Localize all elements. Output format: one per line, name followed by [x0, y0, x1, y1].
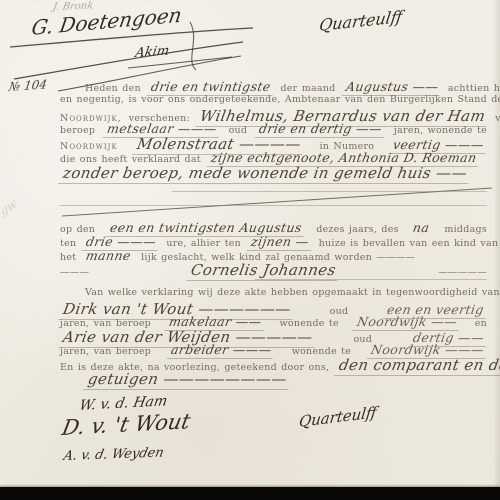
- printed-text: Heden den: [85, 83, 141, 94]
- margin-pencil-mark: gw: [0, 196, 19, 219]
- top-signature-2: Akim: [134, 43, 170, 61]
- flourish-stroke: [14, 42, 243, 79]
- signature-witness-2: A. v. d. Weyden: [62, 445, 165, 464]
- handwritten-entry: Cornelis Johannes: [187, 261, 341, 281]
- printed-text: en negentig, is voor ons ondergeteekende…: [60, 94, 500, 105]
- top-right-signature: Quarteulff: [318, 7, 404, 35]
- handwritten-entry: den comparant en de: [335, 356, 500, 376]
- blank-rule: [60, 205, 487, 206]
- scan-background-band: [0, 487, 500, 500]
- printed-text: —————: [438, 267, 487, 278]
- act-line: getuigen ————————: [85, 370, 290, 390]
- act-line: Van welke verklaring wij deze akte hebbe…: [85, 287, 500, 298]
- act-line: en negentig, is voor ons ondergeteekende…: [60, 94, 500, 105]
- act-line: zonder beroep, mede wonende in gemeld hu…: [60, 164, 470, 184]
- paraph-loop: [190, 22, 196, 70]
- act-line: ——— Cornelis Johannes —————: [60, 261, 487, 281]
- signature-registrar: Quarteulff: [298, 403, 378, 431]
- scanned-birth-act-page: J. Bronk G. Doetengoen Akim Quarteulff №…: [0, 0, 500, 500]
- handwritten-entry: zonder beroep, mede wonende in gemeld hu…: [58, 164, 471, 184]
- void-diagonal-stroke: [62, 188, 492, 216]
- printed-text: Van welke verklaring wij deze akte hebbe…: [85, 287, 500, 298]
- printed-text: ———: [60, 267, 89, 278]
- page-edge-shading: [493, 0, 500, 500]
- act-number: № 104: [8, 77, 48, 94]
- handwritten-entry: getuigen ————————: [83, 370, 291, 390]
- blank-rule: [172, 191, 487, 192]
- printed-text: der maand: [280, 83, 335, 94]
